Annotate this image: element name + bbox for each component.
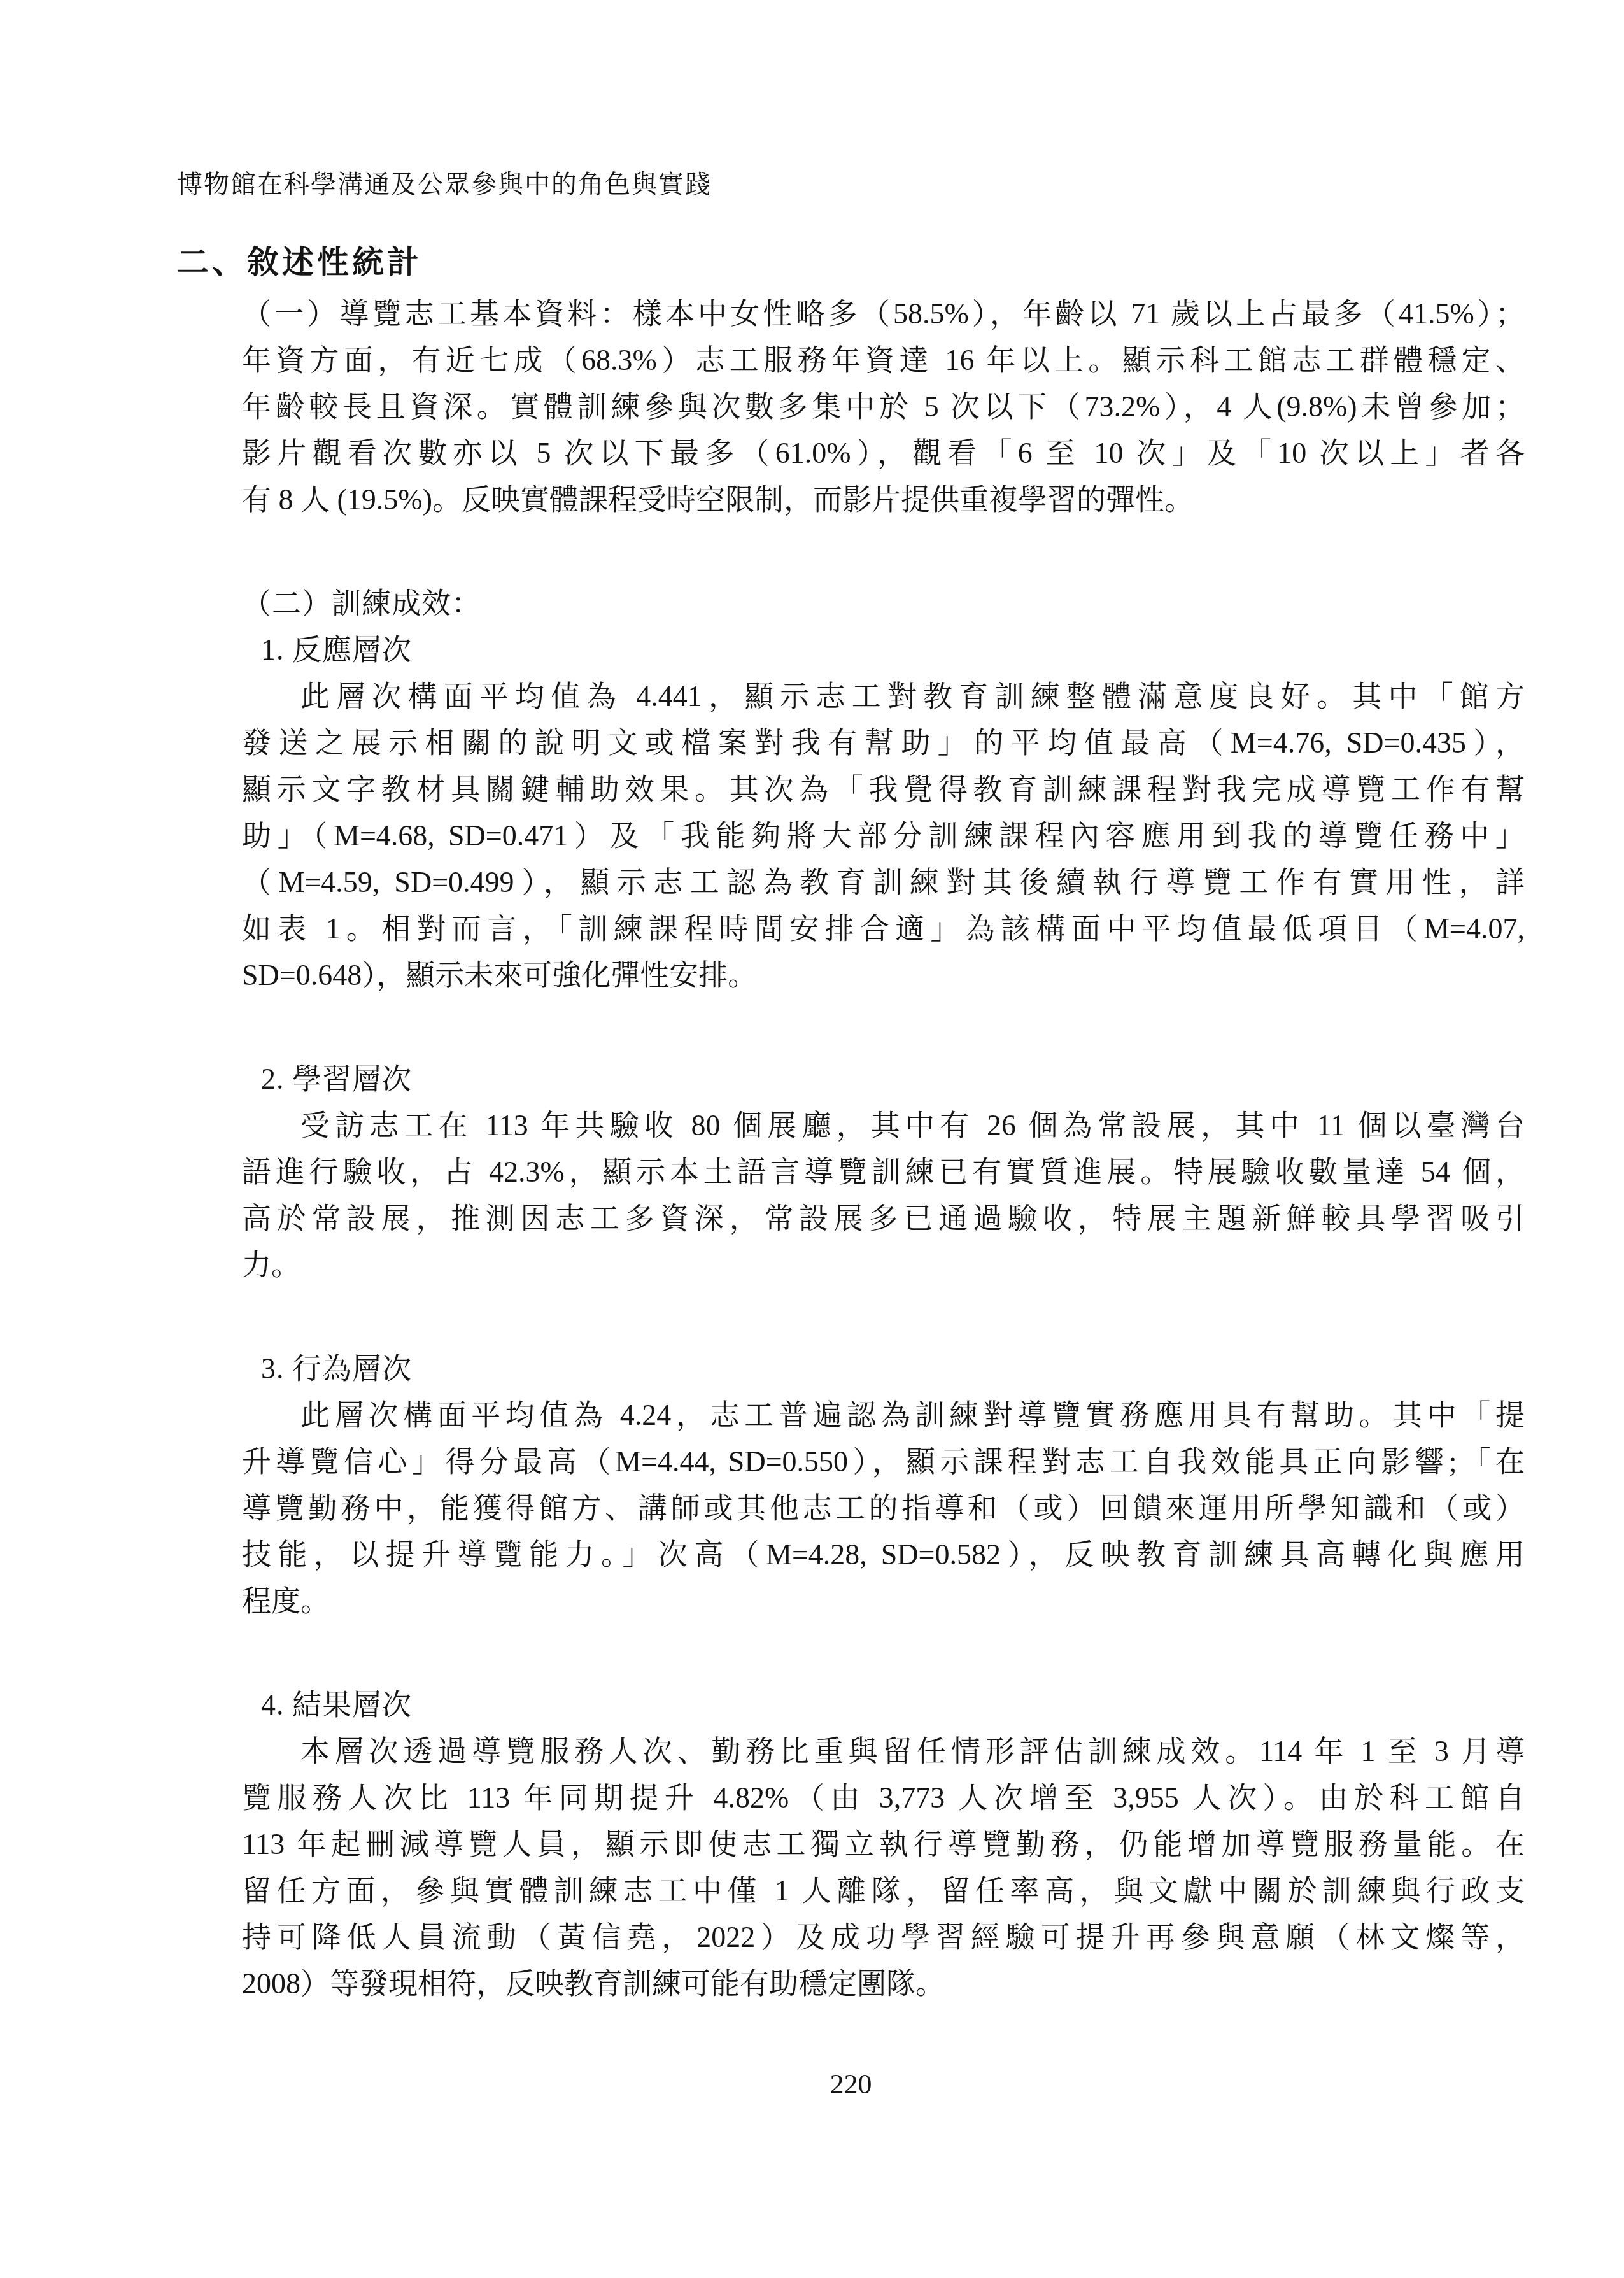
page-number: 220 bbox=[177, 2068, 1525, 2101]
document-body: 二、敘述性統計（一）導覽志工基本資料：樣本中女性略多（58.5%），年齡以 71… bbox=[177, 243, 1525, 2007]
text-line: 程度。 bbox=[242, 1578, 1525, 1624]
text-line: 持可降低人員流動（黃信堯，2022）及成功學習經驗可提升再參與意願（林文燦等， bbox=[242, 1914, 1525, 1960]
text-line: 發送之展示相關的說明文或檔案對我有幫助」的平均值最高（M=4.76, SD=0.… bbox=[242, 719, 1525, 766]
text-line: 力。 bbox=[242, 1242, 1525, 1288]
text-line: SD=0.648），顯示未來可強化彈性安排。 bbox=[242, 952, 1525, 998]
text-line: 導覽勤務中，能獲得館方、講師或其他志工的指導和（或）回饋來運用所學知識和（或） bbox=[242, 1485, 1525, 1531]
text-line: （M=4.59, SD=0.499），顯示志工認為教育訓練對其後續執行導覽工作有… bbox=[242, 859, 1525, 905]
text-line: （一）導覽志工基本資料：樣本中女性略多（58.5%），年齡以 71 歲以上占最多… bbox=[242, 290, 1525, 337]
text-line: 如表 1。相對而言，「訓練課程時間安排合適」為該構面中平均值最低項目（M=4.0… bbox=[242, 905, 1525, 952]
text-line: 影片觀看次數亦以 5 次以下最多（61.0%），觀看「6 至 10 次」及「10… bbox=[242, 430, 1525, 476]
running-header: 博物館在科學溝通及公眾參與中的角色與實踐 bbox=[177, 169, 712, 200]
text-line: 留任方面，參與實體訓練志工中僅 1 人離隊，留任率高，與文獻中關於訓練與行政支 bbox=[242, 1867, 1525, 1914]
text-line: 年資方面，有近七成（68.3%）志工服務年資達 16 年以上。顯示科工館志工群體… bbox=[242, 337, 1525, 383]
subsection-heading: 2. 學習層次 bbox=[261, 1056, 1525, 1102]
paragraph: 受訪志工在 113 年共驗收 80 個展廳，其中有 26 個為常設展，其中 11… bbox=[242, 1102, 1525, 1288]
text-line: 升導覽信心」得分最高（M=4.44, SD=0.550），顯示課程對志工自我效能… bbox=[242, 1438, 1525, 1485]
subsection-heading: 4. 結果層次 bbox=[261, 1681, 1525, 1728]
text-line: 高於常設展，推測因志工多資深，常設展多已通過驗收，特展主題新鮮較具學習吸引 bbox=[242, 1195, 1525, 1242]
text-line: 此層次構面平均值為 4.24，志工普遍認為訓練對導覽實務應用具有幫助。其中「提 bbox=[242, 1392, 1525, 1438]
document-page: 博物館在科學溝通及公眾參與中的角色與實踐 二、敘述性統計（一）導覽志工基本資料：… bbox=[0, 0, 1624, 2278]
paragraph: 此層次構面平均值為 4.24，志工普遍認為訓練對導覽實務應用具有幫助。其中「提升… bbox=[242, 1392, 1525, 1624]
subsection-heading: 1. 反應層次 bbox=[261, 626, 1525, 673]
text-line: 語進行驗收，占 42.3%，顯示本土語言導覽訓練已有實質進展。特展驗收數量達 5… bbox=[242, 1149, 1525, 1195]
text-line: 2008）等發現相符，反映教育訓練可能有助穩定團隊。 bbox=[242, 1960, 1525, 2007]
section-title: 二、敘述性統計 bbox=[177, 243, 1525, 281]
text-line: 顯示文字教材具關鍵輔助效果。其次為「我覺得教育訓練課程對我完成導覽工作有幫 bbox=[242, 766, 1525, 812]
text-line: 此層次構面平均值為 4.441，顯示志工對教育訓練整體滿意度良好。其中「館方 bbox=[242, 673, 1525, 719]
text-line: 本層次透過導覽服務人次、勤務比重與留任情形評估訓練成效。114 年 1 至 3 … bbox=[242, 1728, 1525, 1774]
text-line: 覽服務人次比 113 年同期提升 4.82%（由 3,773 人次增至 3,95… bbox=[242, 1774, 1525, 1821]
paragraph: （一）導覽志工基本資料：樣本中女性略多（58.5%），年齡以 71 歲以上占最多… bbox=[242, 290, 1525, 523]
text-line: 受訪志工在 113 年共驗收 80 個展廳，其中有 26 個為常設展，其中 11… bbox=[242, 1102, 1525, 1149]
text-line: 技能，以提升導覽能力。」次高（M=4.28, SD=0.582），反映教育訓練具… bbox=[242, 1531, 1525, 1578]
text-line: 有 8 人 (19.5%)。反映實體課程受時空限制，而影片提供重複學習的彈性。 bbox=[242, 476, 1525, 523]
text-line: 助」（M=4.68, SD=0.471）及「我能夠將大部分訓練課程內容應用到我的… bbox=[242, 812, 1525, 859]
subsection-heading: 3. 行為層次 bbox=[261, 1345, 1525, 1392]
text-line: 年齡較長且資深。實體訓練參與次數多集中於 5 次以下（73.2%），4 人(9.… bbox=[242, 383, 1525, 430]
paragraph: 此層次構面平均值為 4.441，顯示志工對教育訓練整體滿意度良好。其中「館方發送… bbox=[242, 673, 1525, 998]
subsection-heading: （二）訓練成效： bbox=[242, 580, 1525, 626]
text-line: 113 年起刪減導覽人員，顯示即使志工獨立執行導覽勤務，仍能增加導覽服務量能。在 bbox=[242, 1821, 1525, 1867]
paragraph: 本層次透過導覽服務人次、勤務比重與留任情形評估訓練成效。114 年 1 至 3 … bbox=[242, 1728, 1525, 2007]
